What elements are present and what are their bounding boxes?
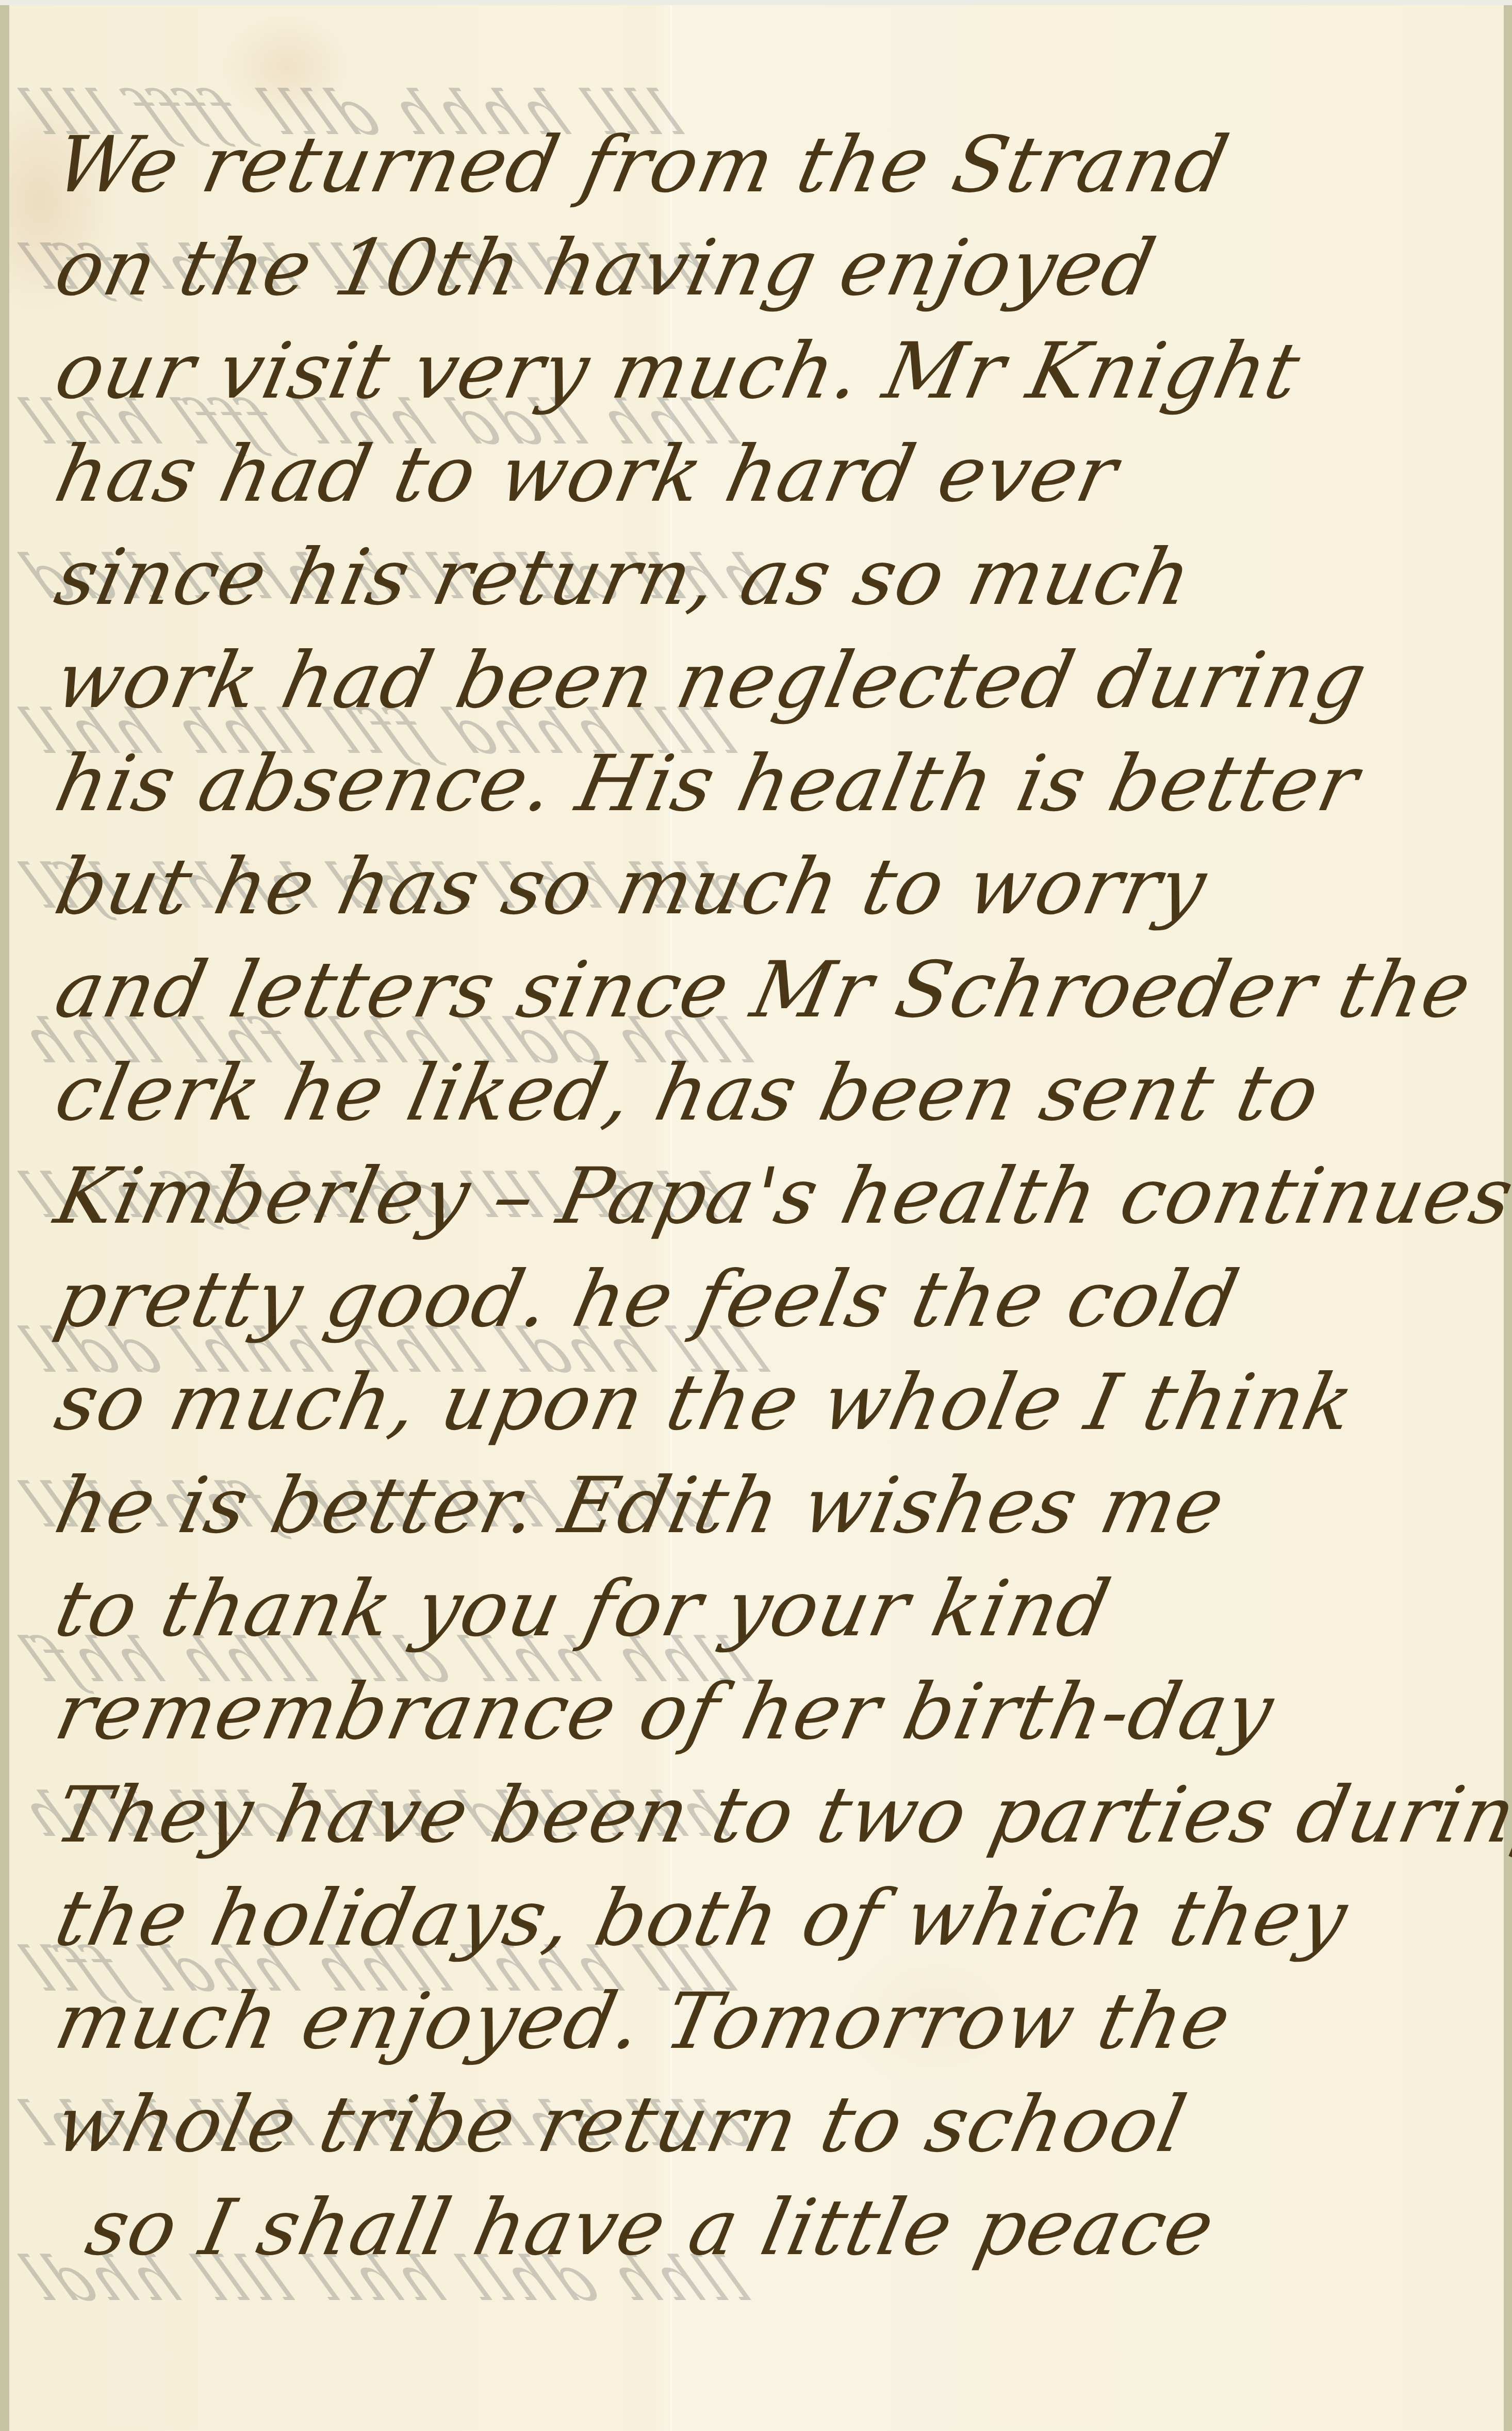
letter-line-1: We returned from the Strand: [46, 113, 1512, 217]
letter-line-5: since his return, as so much: [46, 526, 1512, 629]
letter-line-18: the holidays, both of which they: [46, 1867, 1512, 1970]
letter-line-20: whole tribe return to school: [46, 2073, 1512, 2176]
letter-line-10: clerk he liked, has been sent to: [46, 1042, 1512, 1145]
letter-body: We returned from the Strand on the 10th …: [46, 113, 1491, 2279]
letter-line-9: and letters since Mr Schroeder the: [46, 939, 1512, 1042]
letter-line-16: remembrance of her birth-day: [46, 1661, 1512, 1764]
letter-line-12: pretty good. he feels the cold: [46, 1248, 1512, 1351]
letter-line-17: They have been to two parties during: [46, 1764, 1512, 1867]
letter-line-3: our visit very much. Mr Knight: [46, 320, 1512, 423]
letter-line-21: so I shall have a little peace: [46, 2176, 1512, 2279]
letter-line-2: on the 10th having enjoyed: [46, 217, 1512, 320]
letter-line-6: work had been neglected during: [46, 629, 1512, 732]
letter-line-14: he is better. Edith wishes me: [46, 1454, 1512, 1557]
letter-line-15: to thank you for your kind: [46, 1557, 1512, 1661]
letter-line-13: so much, upon the whole I think: [46, 1351, 1512, 1454]
scan-top-margin: [0, 0, 1512, 5]
letter-line-19: much enjoyed. Tomorrow the: [46, 1970, 1512, 2073]
letter-line-11: Kimberley – Papa's health continues: [46, 1145, 1512, 1248]
letter-line-7: his absence. His health is better: [46, 732, 1512, 835]
letter-line-4: has had to work hard ever: [46, 423, 1512, 526]
letter-line-8: but he has so much to worry: [46, 835, 1512, 939]
